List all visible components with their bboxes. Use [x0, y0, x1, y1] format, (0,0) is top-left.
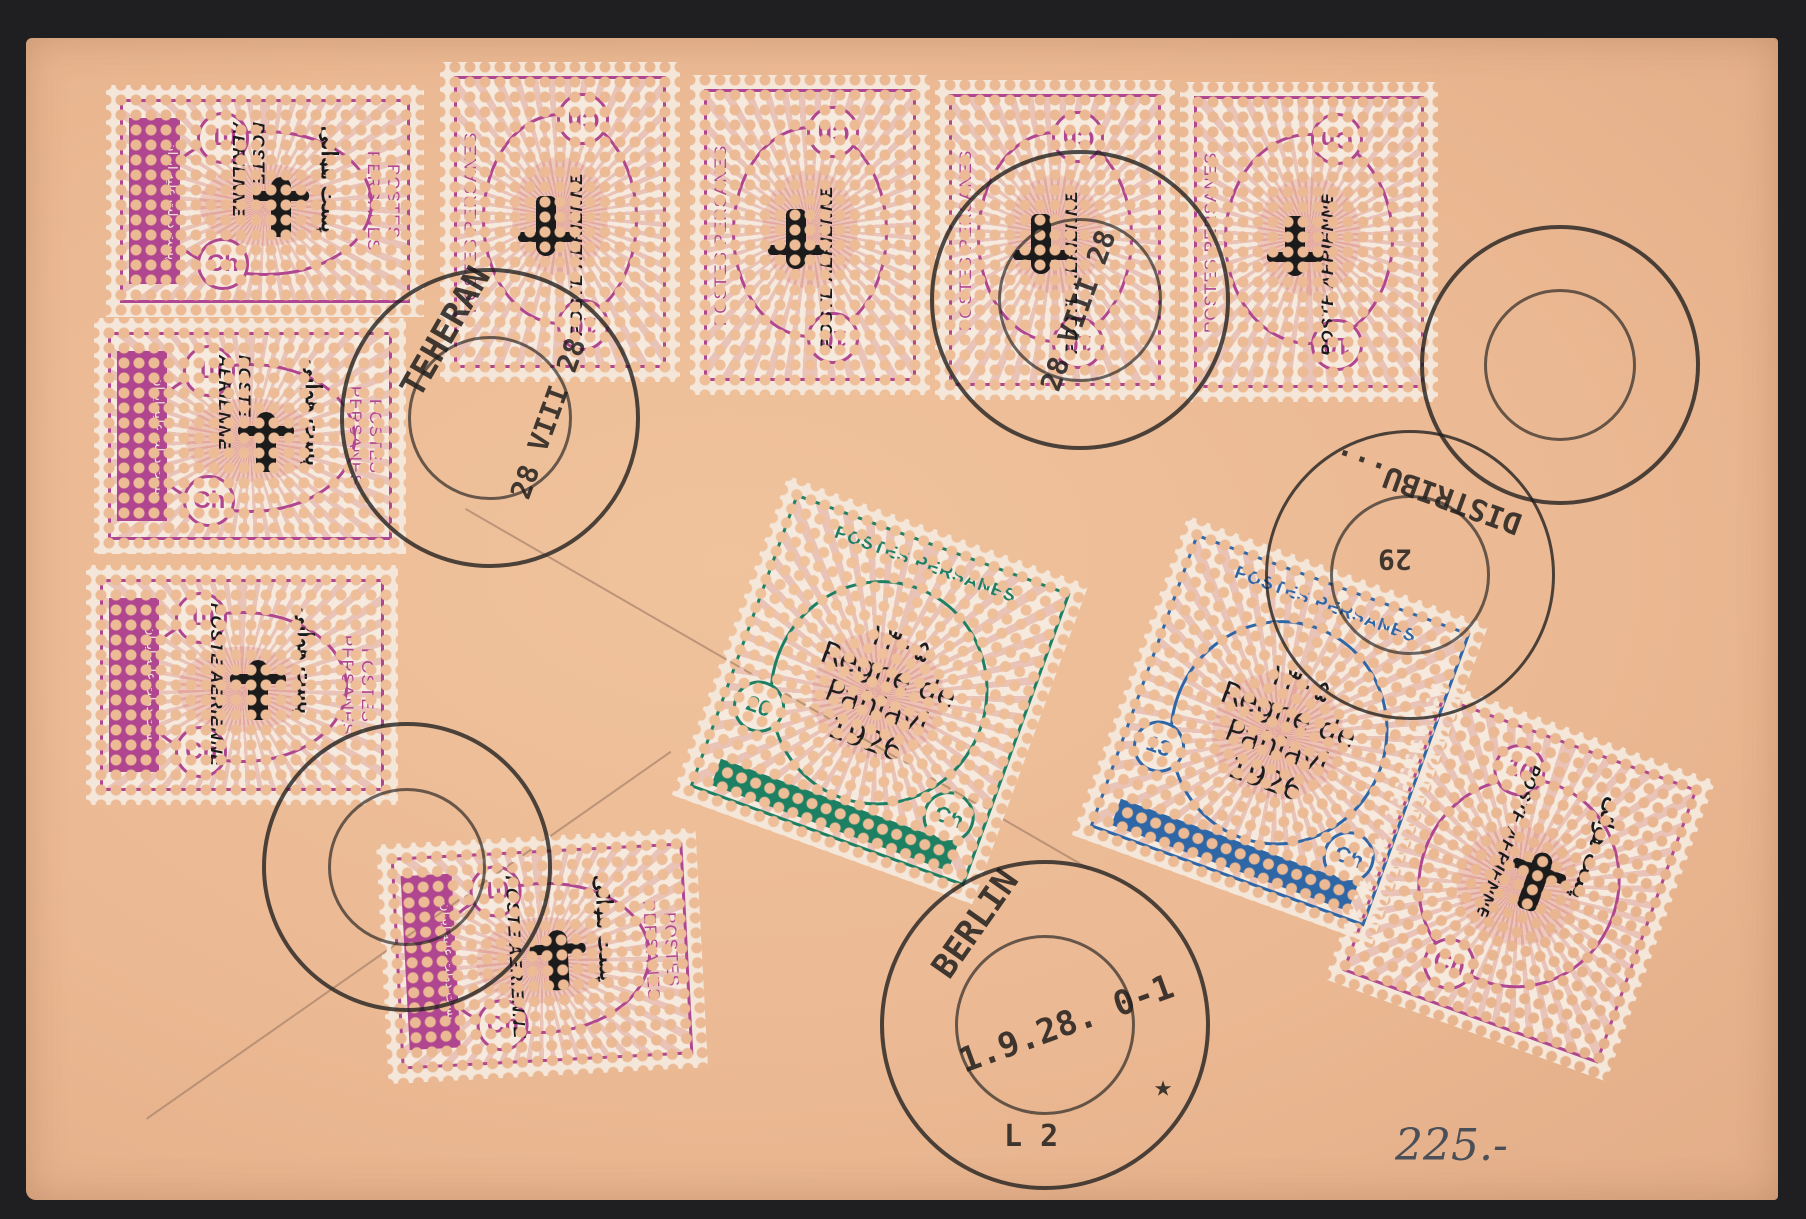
- airmail-stamp-inverted: 10 Ch POSTE AERIENNE POSTES PERSANES: [690, 75, 930, 395]
- airmail-overprint: POSTE AERIENNE: [1318, 128, 1338, 357]
- airplane-overprint-icon: [786, 209, 806, 269]
- teheran-postmark: 28 VIII 28: [930, 150, 1230, 450]
- airmail-overprint: POSTE AERIENNE: [817, 121, 837, 350]
- airmail-overprint: POSTE AERIENNE: [214, 355, 254, 517]
- persian-overprint: پست هوائی: [1528, 794, 1627, 1007]
- postmark-sub: L 2: [1004, 1119, 1058, 1154]
- airplane-overprint-icon: [248, 660, 268, 720]
- persian-overprint: پست هوائی: [300, 359, 326, 513]
- country-label: POSTES PERSANES: [363, 118, 403, 284]
- postmark-date: 29: [1378, 543, 1412, 576]
- persian-band: پست دولت علیه ایران: [117, 351, 167, 521]
- persian-band: پست دولت علیه ایران: [129, 118, 180, 284]
- airmail-overprint: POSTE AERIENNE: [206, 603, 226, 768]
- airplane-overprint-icon: [536, 196, 556, 256]
- airplane-overprint-icon: [256, 412, 276, 472]
- pahlavi-overprint: ۱۳۰۵ Regne de Pahlavi 1926: [765, 593, 1000, 789]
- postmark-date: 28 VIII 28: [504, 334, 593, 504]
- berlin-postmark: BERLIN 1.9.28. 0-1 L 2 ★: [880, 860, 1210, 1190]
- airplane-overprint-icon: [271, 177, 291, 237]
- teheran-postmark: [262, 722, 552, 1012]
- pencil-price-note: 225.-: [1395, 1120, 1508, 1171]
- persian-overprint: پست هوائی: [316, 126, 342, 276]
- country-label: POSTES PERSANES: [636, 862, 685, 1037]
- star-icon: ★: [1154, 1069, 1172, 1104]
- postmark-date: 28 VIII 28: [1034, 226, 1123, 396]
- airmail-stamp: پست دولت علیه ایران 10 Ch POSTE AERIENNE…: [106, 85, 424, 317]
- distribution-postmark: DISTRIBU... 29: [1265, 430, 1555, 720]
- teheran-postmark: TEHERAN 28 VIII 28: [340, 268, 640, 568]
- country-label: POSTES PERSANES: [711, 115, 731, 355]
- airplane-overprint-icon: [1285, 216, 1305, 276]
- persian-overprint: پست هوائی: [589, 874, 623, 1032]
- persian-band: پست دولت علیه ایران: [109, 598, 159, 771]
- airplane-overprint-icon: [546, 930, 569, 991]
- airplane-overprint-icon: [1516, 850, 1555, 913]
- persian-overprint: پست هوائی: [292, 607, 318, 764]
- postmark-date: 1.9.28. 0-1: [954, 967, 1179, 1082]
